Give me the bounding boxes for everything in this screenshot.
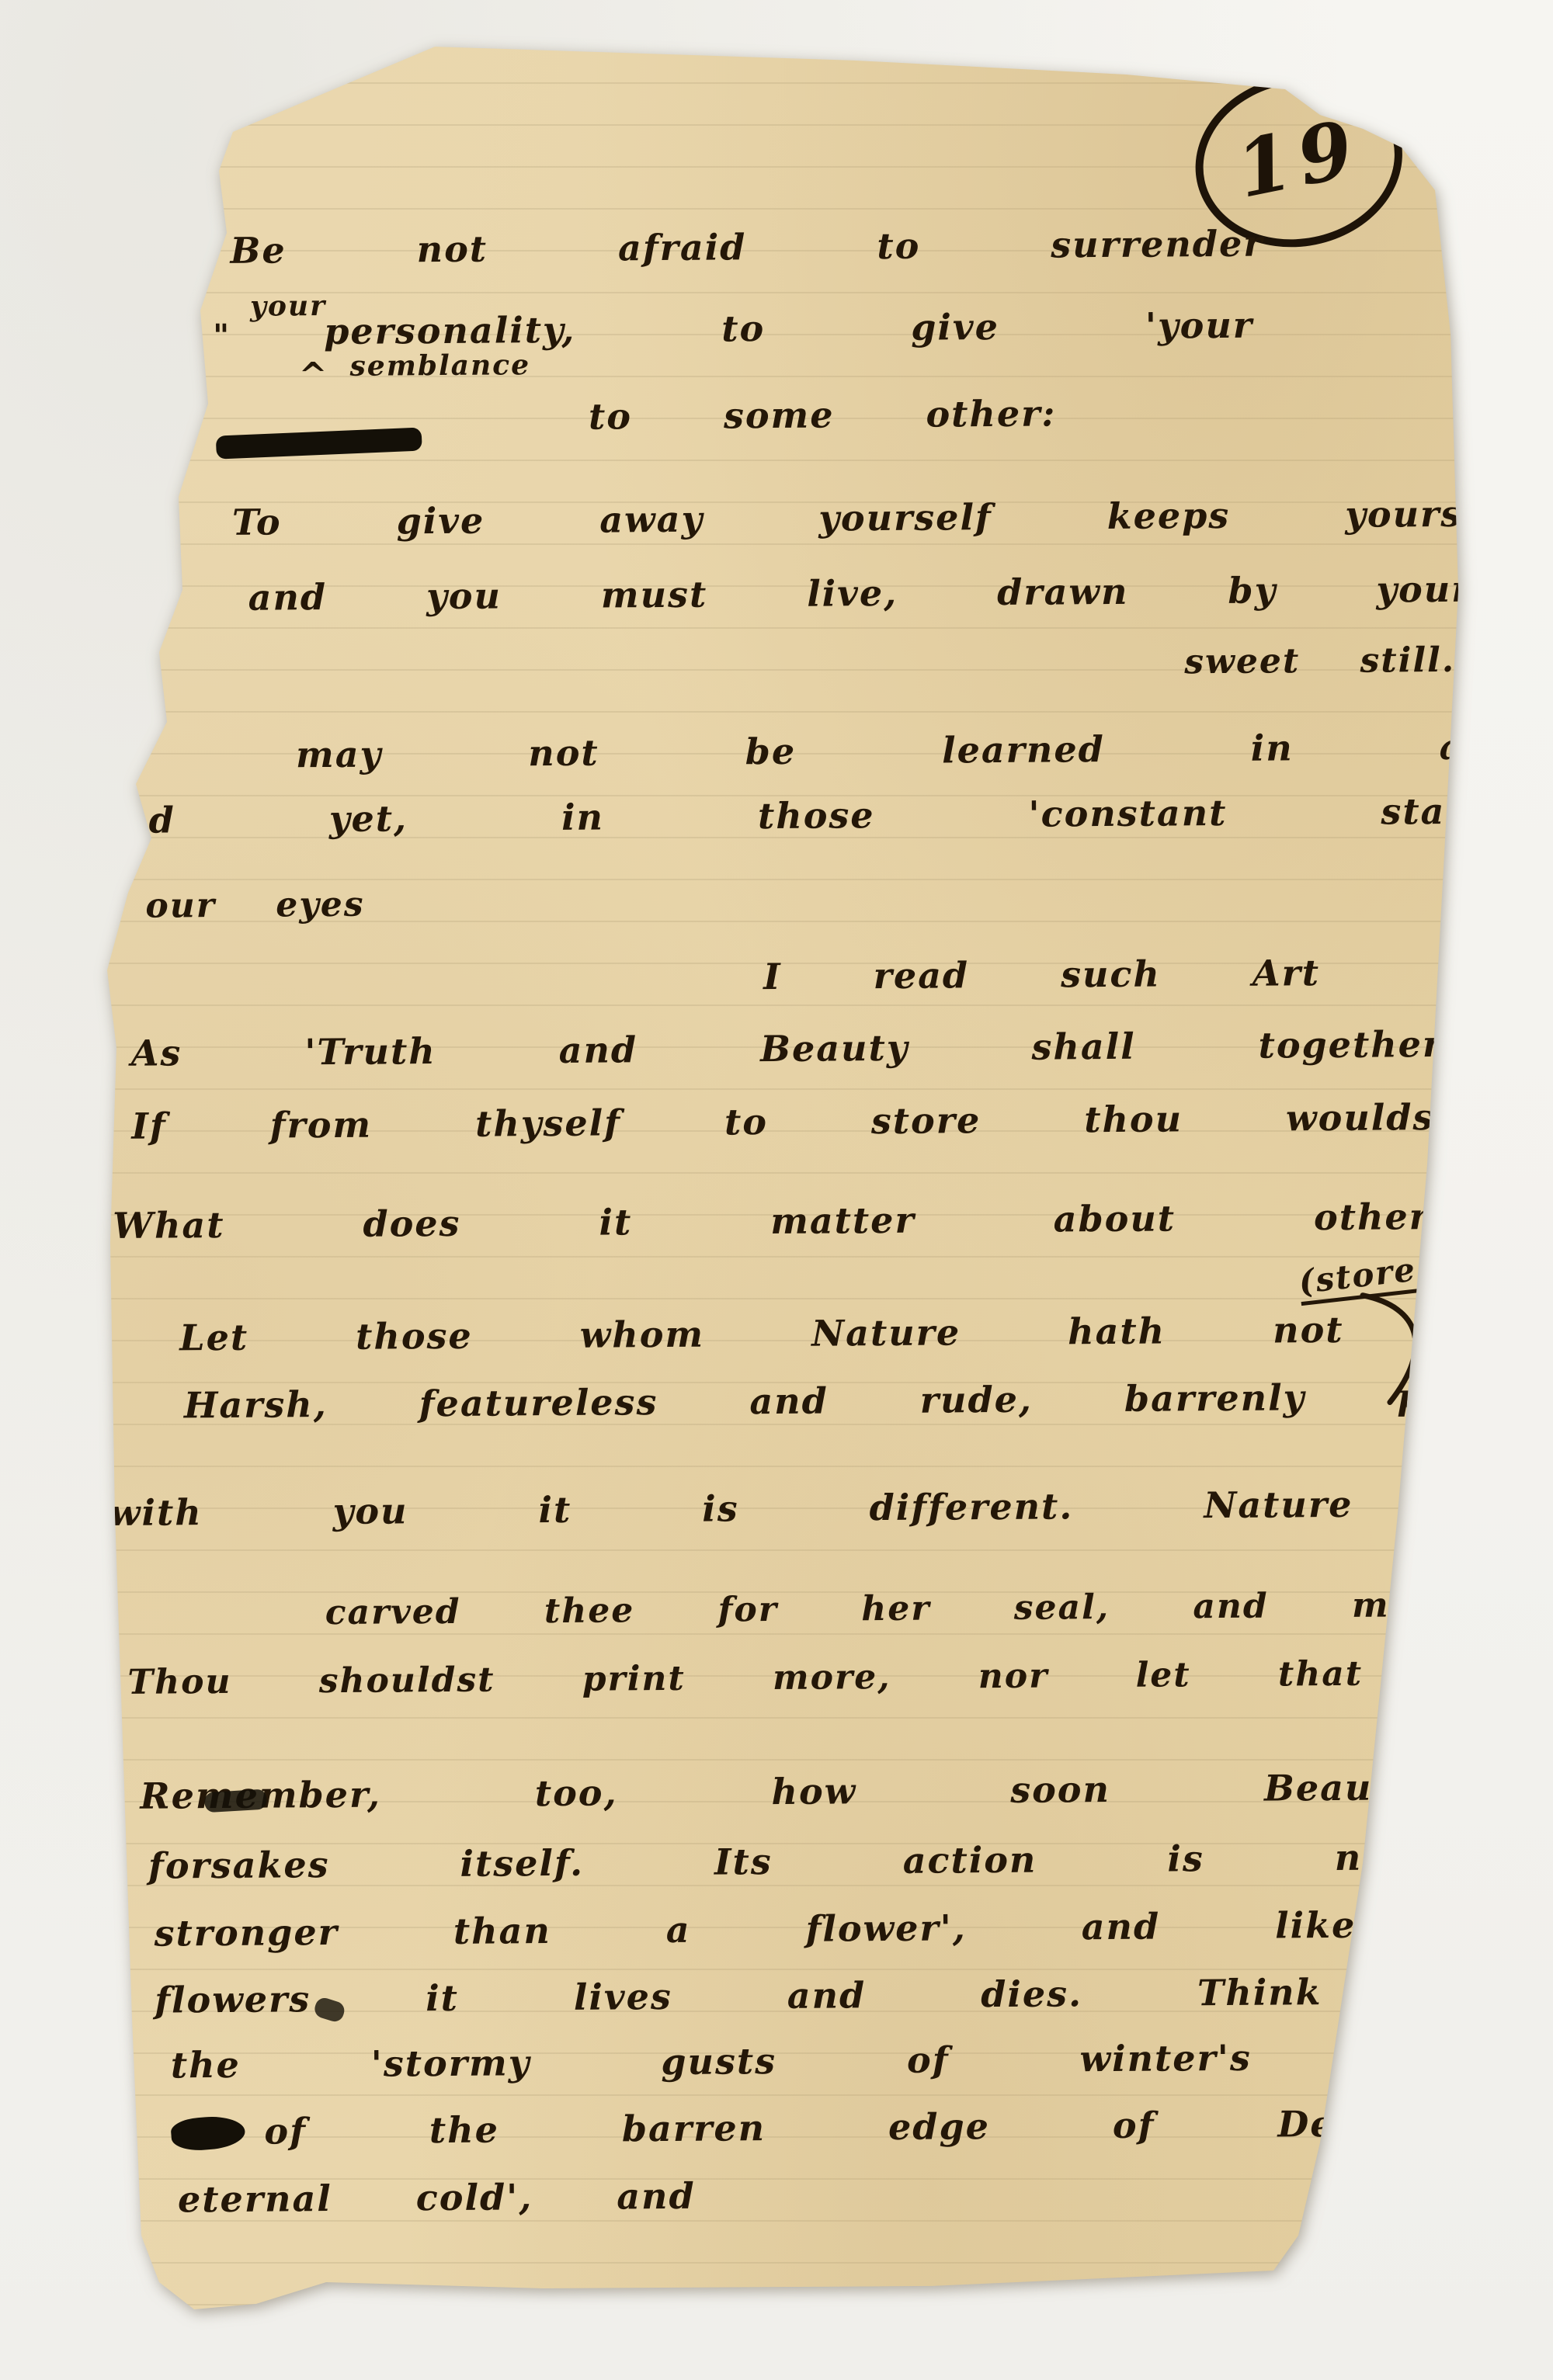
line-20: forsakes itself. Its action is no	[148, 1840, 1388, 1884]
line-09: our eyes	[145, 888, 364, 924]
insertion-caret: ^	[299, 359, 329, 393]
inserted-word-semblance: semblance	[349, 351, 530, 380]
ink-blot	[170, 2115, 246, 2153]
line-14: Let those whom Nature hath not made for,	[179, 1309, 1553, 1355]
line-25: eternal cold', and	[178, 2178, 696, 2218]
line-06: sweet still.	[1184, 644, 1455, 679]
line-23: the 'stormy gusts of winter's day',	[171, 2038, 1482, 2083]
inserted-word-your: your	[250, 292, 326, 321]
manuscript-paper: 19 Be not afraid to surrender your perso…	[0, 0, 1553, 2380]
paper-wrap: 19 Be not afraid to surrender your perso…	[0, 0, 1553, 2380]
line-17: carved thee for her seal, and meant Ther…	[325, 1586, 1553, 1630]
line-21: stronger than a flower', and like a	[155, 1906, 1496, 1952]
line-22: flowers it lives and dies. Think of	[155, 1973, 1479, 2018]
page-number: 19	[1195, 95, 1402, 223]
scribbled-out-word	[216, 428, 422, 460]
line-11: As 'Truth and Beauty shall together thri…	[131, 1025, 1553, 1071]
line-13: What does it matter about others?	[113, 1199, 1474, 1244]
line-04: To give away yourself keeps yourself sti…	[232, 494, 1553, 539]
line-19: Remember, too, how soon Beauty,	[140, 1769, 1423, 1814]
line-07: may not be learned in astrology,	[296, 727, 1553, 772]
line-18: Thou shouldst print more, nor let that c…	[127, 1655, 1553, 1700]
line-15: Harsh, featureless and rude, barrenly pe…	[184, 1378, 1548, 1423]
line-01: Be not afraid to surrender	[230, 226, 1263, 269]
line-12: If from thyself to store thou wouldst co…	[131, 1097, 1553, 1143]
line-10: I read such Art	[763, 955, 1320, 994]
line-08: d yet, in those 'constant stars'	[148, 793, 1499, 838]
line-03: to some other:	[589, 395, 1057, 434]
line-24: of the barren edge of Death's	[264, 2105, 1439, 2149]
line-02: personality, to give 'your	[324, 307, 1253, 349]
left-margin-mark: "	[213, 321, 231, 352]
overwrite-blot-remember	[204, 1789, 267, 1813]
line-05: and you must live, drawn by your own	[248, 570, 1553, 616]
line-16: with you it is different. Nature	[109, 1487, 1353, 1531]
handwriting-layer: 19 Be not afraid to surrender your perso…	[0, 0, 1553, 2380]
